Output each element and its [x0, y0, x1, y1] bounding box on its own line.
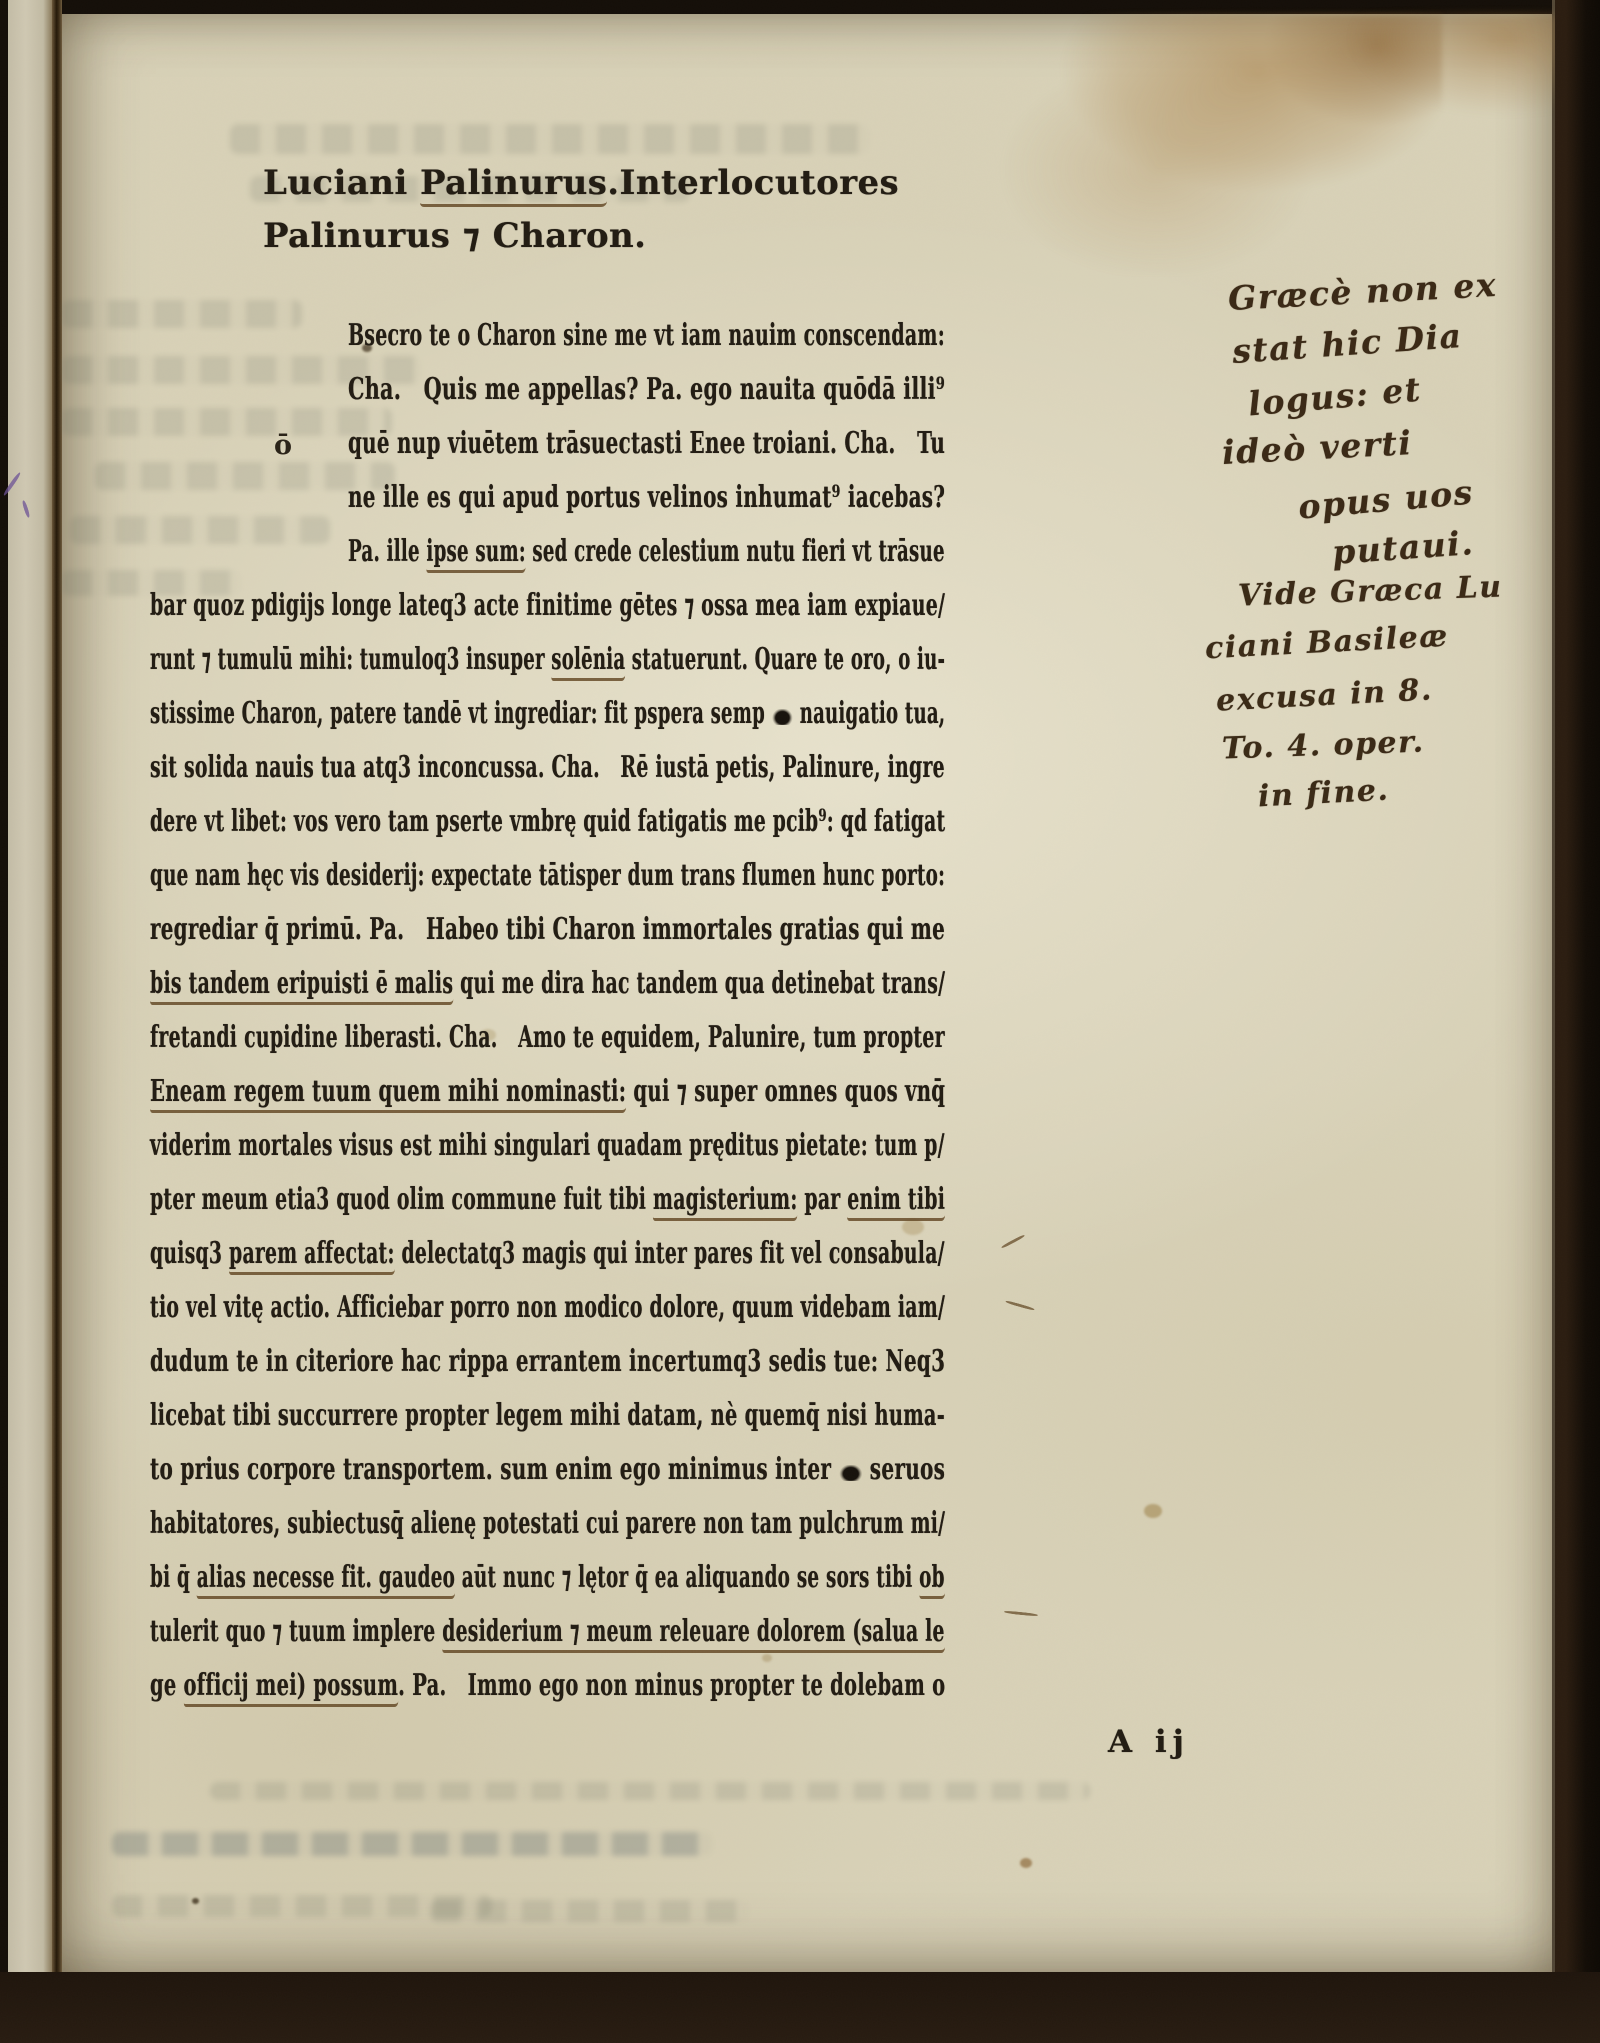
marginalia-line-9: excusa in 8.	[1215, 672, 1433, 718]
title-line-2: Palinurus ⁊ Charon.	[263, 216, 646, 256]
body-text-line-17: pter meum etia3 quod olim commune fuit t…	[150, 1182, 945, 1236]
ink-blot	[839, 1465, 862, 1481]
body-text-line-18: quisq3 parem affectat: delectatq3 magis …	[150, 1236, 945, 1290]
body-text-line-2: Cha. Quis me appellas? Pa. ego nauita qu…	[348, 372, 945, 426]
body-text-line-26: ge officij mei) possum. Pa. Immo ego non…	[150, 1668, 945, 1722]
show-through-band	[70, 516, 330, 544]
body-text-line-15: Eneam regem tuum quem mihi nominasti: qu…	[150, 1074, 945, 1128]
body-text-line-6: bar quoz pdigijs longe lateq3 acte finit…	[150, 588, 945, 642]
page-recto: ō A ij Luciani Palinurus.InterlocutoresP…	[62, 14, 1552, 1972]
show-through-band	[62, 300, 302, 328]
show-through-band	[112, 1895, 492, 1917]
body-text-line-3: quē nup viuētem trāsuectasti Enee troian…	[348, 426, 945, 480]
ink-underlined-text: desiderium ⁊ meum releuare dolorem (salu…	[442, 1614, 945, 1653]
binding-gutter	[52, 0, 62, 1972]
title-line-1: Luciani Palinurus.Interlocutores	[263, 163, 899, 207]
margin-abbreviation-letter: ō	[274, 430, 292, 461]
marginalia-line-1: Græcè non ex	[1227, 265, 1498, 318]
body-text-line-24: bi q̄ alias necesse fit. gaudeo aūt nunc…	[150, 1560, 945, 1614]
marginalia-line-7: Vide Græca Lu	[1237, 569, 1503, 613]
marginalia-line-10: To. 4. oper.	[1221, 724, 1425, 766]
body-text-line-9: sit solida nauis tua atq3 inconcussa. Ch…	[150, 750, 945, 804]
ink-blot	[772, 709, 792, 725]
body-text-line-20: dudum te in citeriore hac rippa errantem…	[150, 1344, 945, 1398]
ink-flourish-mark	[1001, 1234, 1025, 1249]
ink-underlined-text: ipse sum:	[426, 534, 525, 573]
ink-underlined-text: parem affectat:	[229, 1236, 395, 1275]
body-text-line-23: habitatores, subiectusq̄ alienę potestat…	[150, 1506, 945, 1560]
ink-flourish-mark	[1005, 1300, 1035, 1311]
scan-border-right	[1552, 0, 1600, 2043]
book-scan: ō A ij Luciani Palinurus.InterlocutoresP…	[0, 0, 1600, 2043]
ink-flourish-mark	[1004, 1610, 1038, 1617]
body-text-line-4: ne ille es qui apud portus velinos inhum…	[348, 480, 945, 534]
show-through-band	[210, 1782, 1090, 1800]
marginalia-line-4: ideò verti	[1221, 423, 1413, 472]
scan-border-left	[0, 0, 8, 2043]
body-text-line-12: regrediar q̄ primū. Pa. Habeo tibi Charo…	[150, 912, 945, 966]
body-text-line-11: que nam hęc vis desiderij: expectate tāt…	[150, 858, 945, 912]
show-through-band	[112, 1832, 712, 1856]
body-text-line-21: licebat tibi succurrere propter legem mi…	[150, 1398, 945, 1452]
body-text-line-16: viderim mortales visus est mihi singular…	[150, 1128, 945, 1182]
marginalia-line-3: logus: et	[1247, 370, 1423, 424]
scan-border-bottom	[0, 1972, 1600, 2043]
ink-underlined-text: bis tandem eripuisti ē malis	[150, 966, 453, 1005]
scan-border-top	[0, 0, 1600, 14]
marginalia-line-6: putaui.	[1331, 523, 1476, 572]
marginalia-line-5: opus uos	[1297, 472, 1475, 526]
marginalia-line-11: in fine.	[1257, 773, 1390, 815]
body-text-line-7: runt ⁊ tumulū mihi: tumuloq3 insuper sol…	[150, 642, 945, 696]
body-text-line-8: stissime Charon, patere tandē vt ingredi…	[150, 696, 945, 750]
body-text-line-22: to prius corpore transportem. sum enim e…	[150, 1452, 945, 1506]
fox-spot	[192, 1898, 199, 1904]
show-through-band	[430, 1900, 750, 1922]
ink-underlined-text: officij mei) possum	[184, 1668, 399, 1707]
show-through-band	[62, 408, 392, 436]
body-text-line-13: bis tandem eripuisti ē malis qui me dira…	[150, 966, 945, 1020]
body-text-line-5: Pa. ille ipse sum: sed crede celestium n…	[348, 534, 945, 588]
marginalia-line-2: stat hic Dia	[1231, 316, 1464, 371]
body-text-line-25: tulerit quo ⁊ tuum implere desiderium ⁊ …	[150, 1614, 945, 1668]
ink-underlined-text: enim tibi	[847, 1182, 945, 1221]
body-text-line-19: tio vel vitę actio. Afficiebar porro non…	[150, 1290, 945, 1344]
ink-underlined-text: magisterium:	[653, 1182, 798, 1221]
fox-spot	[1020, 1858, 1032, 1868]
fox-spot	[1144, 1504, 1162, 1518]
ink-underlined-text: Eneam regem tuum quem mihi nominasti:	[150, 1074, 626, 1113]
quire-signature: A ij	[1108, 1724, 1190, 1760]
paper-stain	[982, 14, 1442, 274]
ink-underlined-text: solēnia	[551, 642, 625, 681]
ink-underlined-text: alias necesse fit. gaudeo	[197, 1560, 455, 1599]
ink-underlined-text: Palinurus	[420, 163, 607, 207]
body-text-line-1: Bsecro te o Charon sine me vt iam nauim …	[348, 318, 945, 372]
ink-underlined-text: ob	[919, 1560, 945, 1599]
body-text-line-14: fretandi cupidine liberasti. Cha. Amo te…	[150, 1020, 945, 1074]
marginalia-line-8: ciani Basileæ	[1204, 619, 1449, 667]
show-through-band	[230, 124, 870, 154]
body-text-line-10: dere vt libet: vos vero tam pserte vmbrę…	[150, 804, 945, 858]
flyleaf-edge	[8, 0, 52, 1972]
